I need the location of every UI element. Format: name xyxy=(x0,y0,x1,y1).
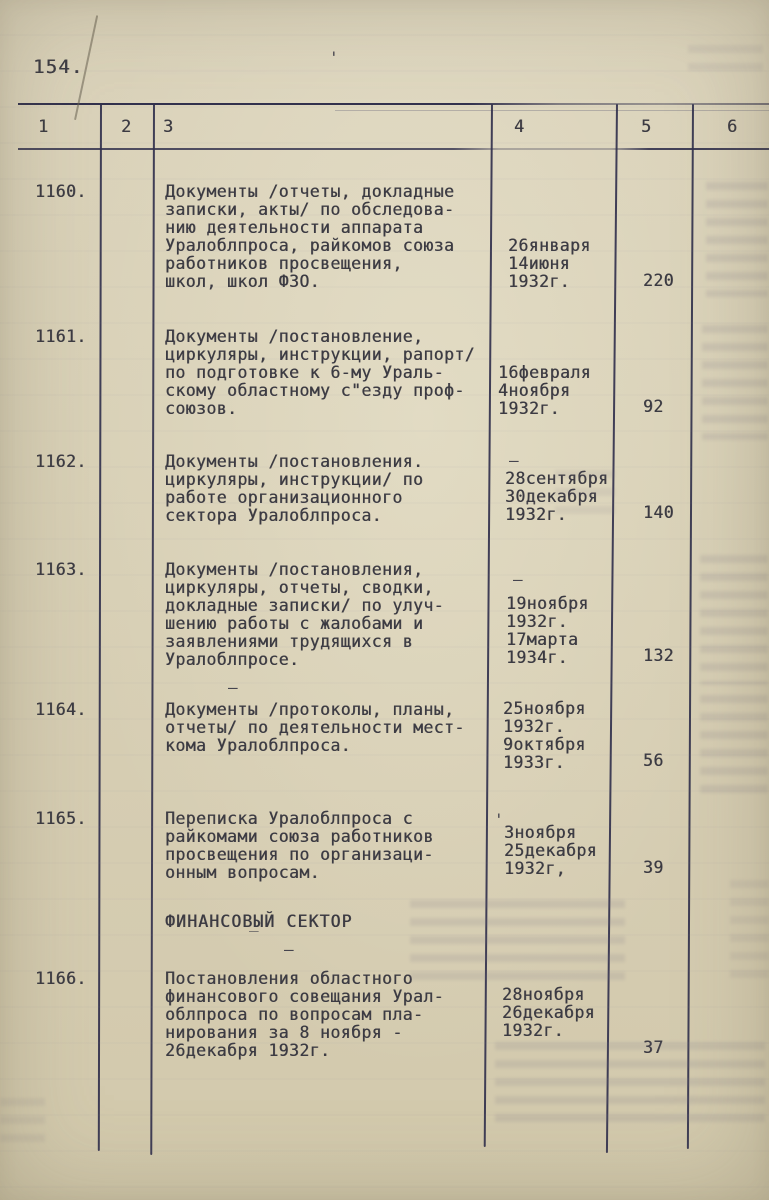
entry-dates: 3ноября 25декабря 1932г, xyxy=(504,824,639,878)
entry-description: Переписка Уралоблпроса с райкомами союза… xyxy=(165,810,505,882)
entry-description: Документы /отчеты, докладные записки, ак… xyxy=(165,183,505,291)
entry-page-count: 220 xyxy=(643,272,683,290)
column-divider-2-3 xyxy=(150,104,155,1155)
typewriter-stray-mark: – xyxy=(509,451,519,470)
entry-number: 1160. xyxy=(35,183,87,201)
bleedthrough-noise xyxy=(700,555,768,685)
entry-description: Документы /постановления, циркуляры, отч… xyxy=(165,561,505,669)
bleedthrough-noise xyxy=(410,900,625,980)
bleedthrough-noise xyxy=(688,45,763,73)
page-number: 154. xyxy=(33,56,84,78)
typewriter-stray-mark: _ xyxy=(249,913,259,932)
entry-number: 1165. xyxy=(35,810,87,828)
entry-number: 1164. xyxy=(35,701,87,719)
typewriter-stray-mark: – xyxy=(228,678,238,697)
typewriter-stray-mark: ' xyxy=(329,48,339,67)
bleedthrough-noise xyxy=(0,1098,45,1143)
entry-number: 1166. xyxy=(35,970,87,988)
bleedthrough-noise xyxy=(702,325,768,440)
header-underline xyxy=(18,148,769,150)
entry-dates: 16февраля 4ноября 1932г. xyxy=(498,364,633,418)
entry-page-count: 56 xyxy=(643,752,683,770)
entry-description: Документы /постановления. циркуляры, инс… xyxy=(165,453,505,525)
column-header-5: 5 xyxy=(641,117,651,137)
table-top-border-ghost xyxy=(335,110,769,111)
entry-dates: 28сентября 30декабря 1932г. xyxy=(505,470,640,524)
typewriter-stray-mark: – xyxy=(513,570,523,589)
bleedthrough-noise xyxy=(700,695,768,800)
entry-page-count: 39 xyxy=(643,859,683,877)
entry-description: Постановления областного финансового сов… xyxy=(165,970,505,1060)
typewriter-stray-mark: ' xyxy=(494,810,504,829)
column-header-2: 2 xyxy=(121,117,131,137)
entry-dates: 26января 14июня 1932г. xyxy=(508,237,643,291)
entry-dates: 19ноября 1932г. 17марта 1934г. xyxy=(506,595,641,667)
entry-description: Документы /постановление, циркуляры, инс… xyxy=(165,328,505,418)
entry-dates: 28ноября 26декабря 1932г. xyxy=(502,986,637,1040)
bleedthrough-noise xyxy=(495,1042,765,1127)
table-top-border xyxy=(18,103,769,105)
scanned-archive-inventory-page: 154. 1 2 3 4 5 6 ФИНАНСОВЫЙ СЕКТОР 1160.… xyxy=(0,0,769,1200)
column-header-3: 3 xyxy=(163,117,173,137)
bleedthrough-noise xyxy=(730,880,769,980)
entry-description: Документы /протоколы, планы, отчеты/ по … xyxy=(165,701,505,755)
column-header-1: 1 xyxy=(38,117,48,137)
entry-dates: 25ноября 1932г. 9октября 1933г. xyxy=(503,700,638,772)
column-divider-1-2 xyxy=(98,104,102,1151)
entry-page-count: 140 xyxy=(643,504,683,522)
entry-page-count: 92 xyxy=(643,398,683,416)
entry-page-count: 132 xyxy=(643,647,683,665)
typewriter-stray-mark: – xyxy=(284,940,294,959)
column-divider-5-6 xyxy=(687,104,694,1149)
entry-number: 1161. xyxy=(35,328,87,346)
entry-number: 1163. xyxy=(35,561,87,579)
entry-page-count: 37 xyxy=(643,1039,683,1057)
bleedthrough-noise xyxy=(706,182,768,297)
column-header-6: 6 xyxy=(727,117,737,137)
column-header-4: 4 xyxy=(514,117,524,137)
entry-number: 1162. xyxy=(35,453,87,471)
